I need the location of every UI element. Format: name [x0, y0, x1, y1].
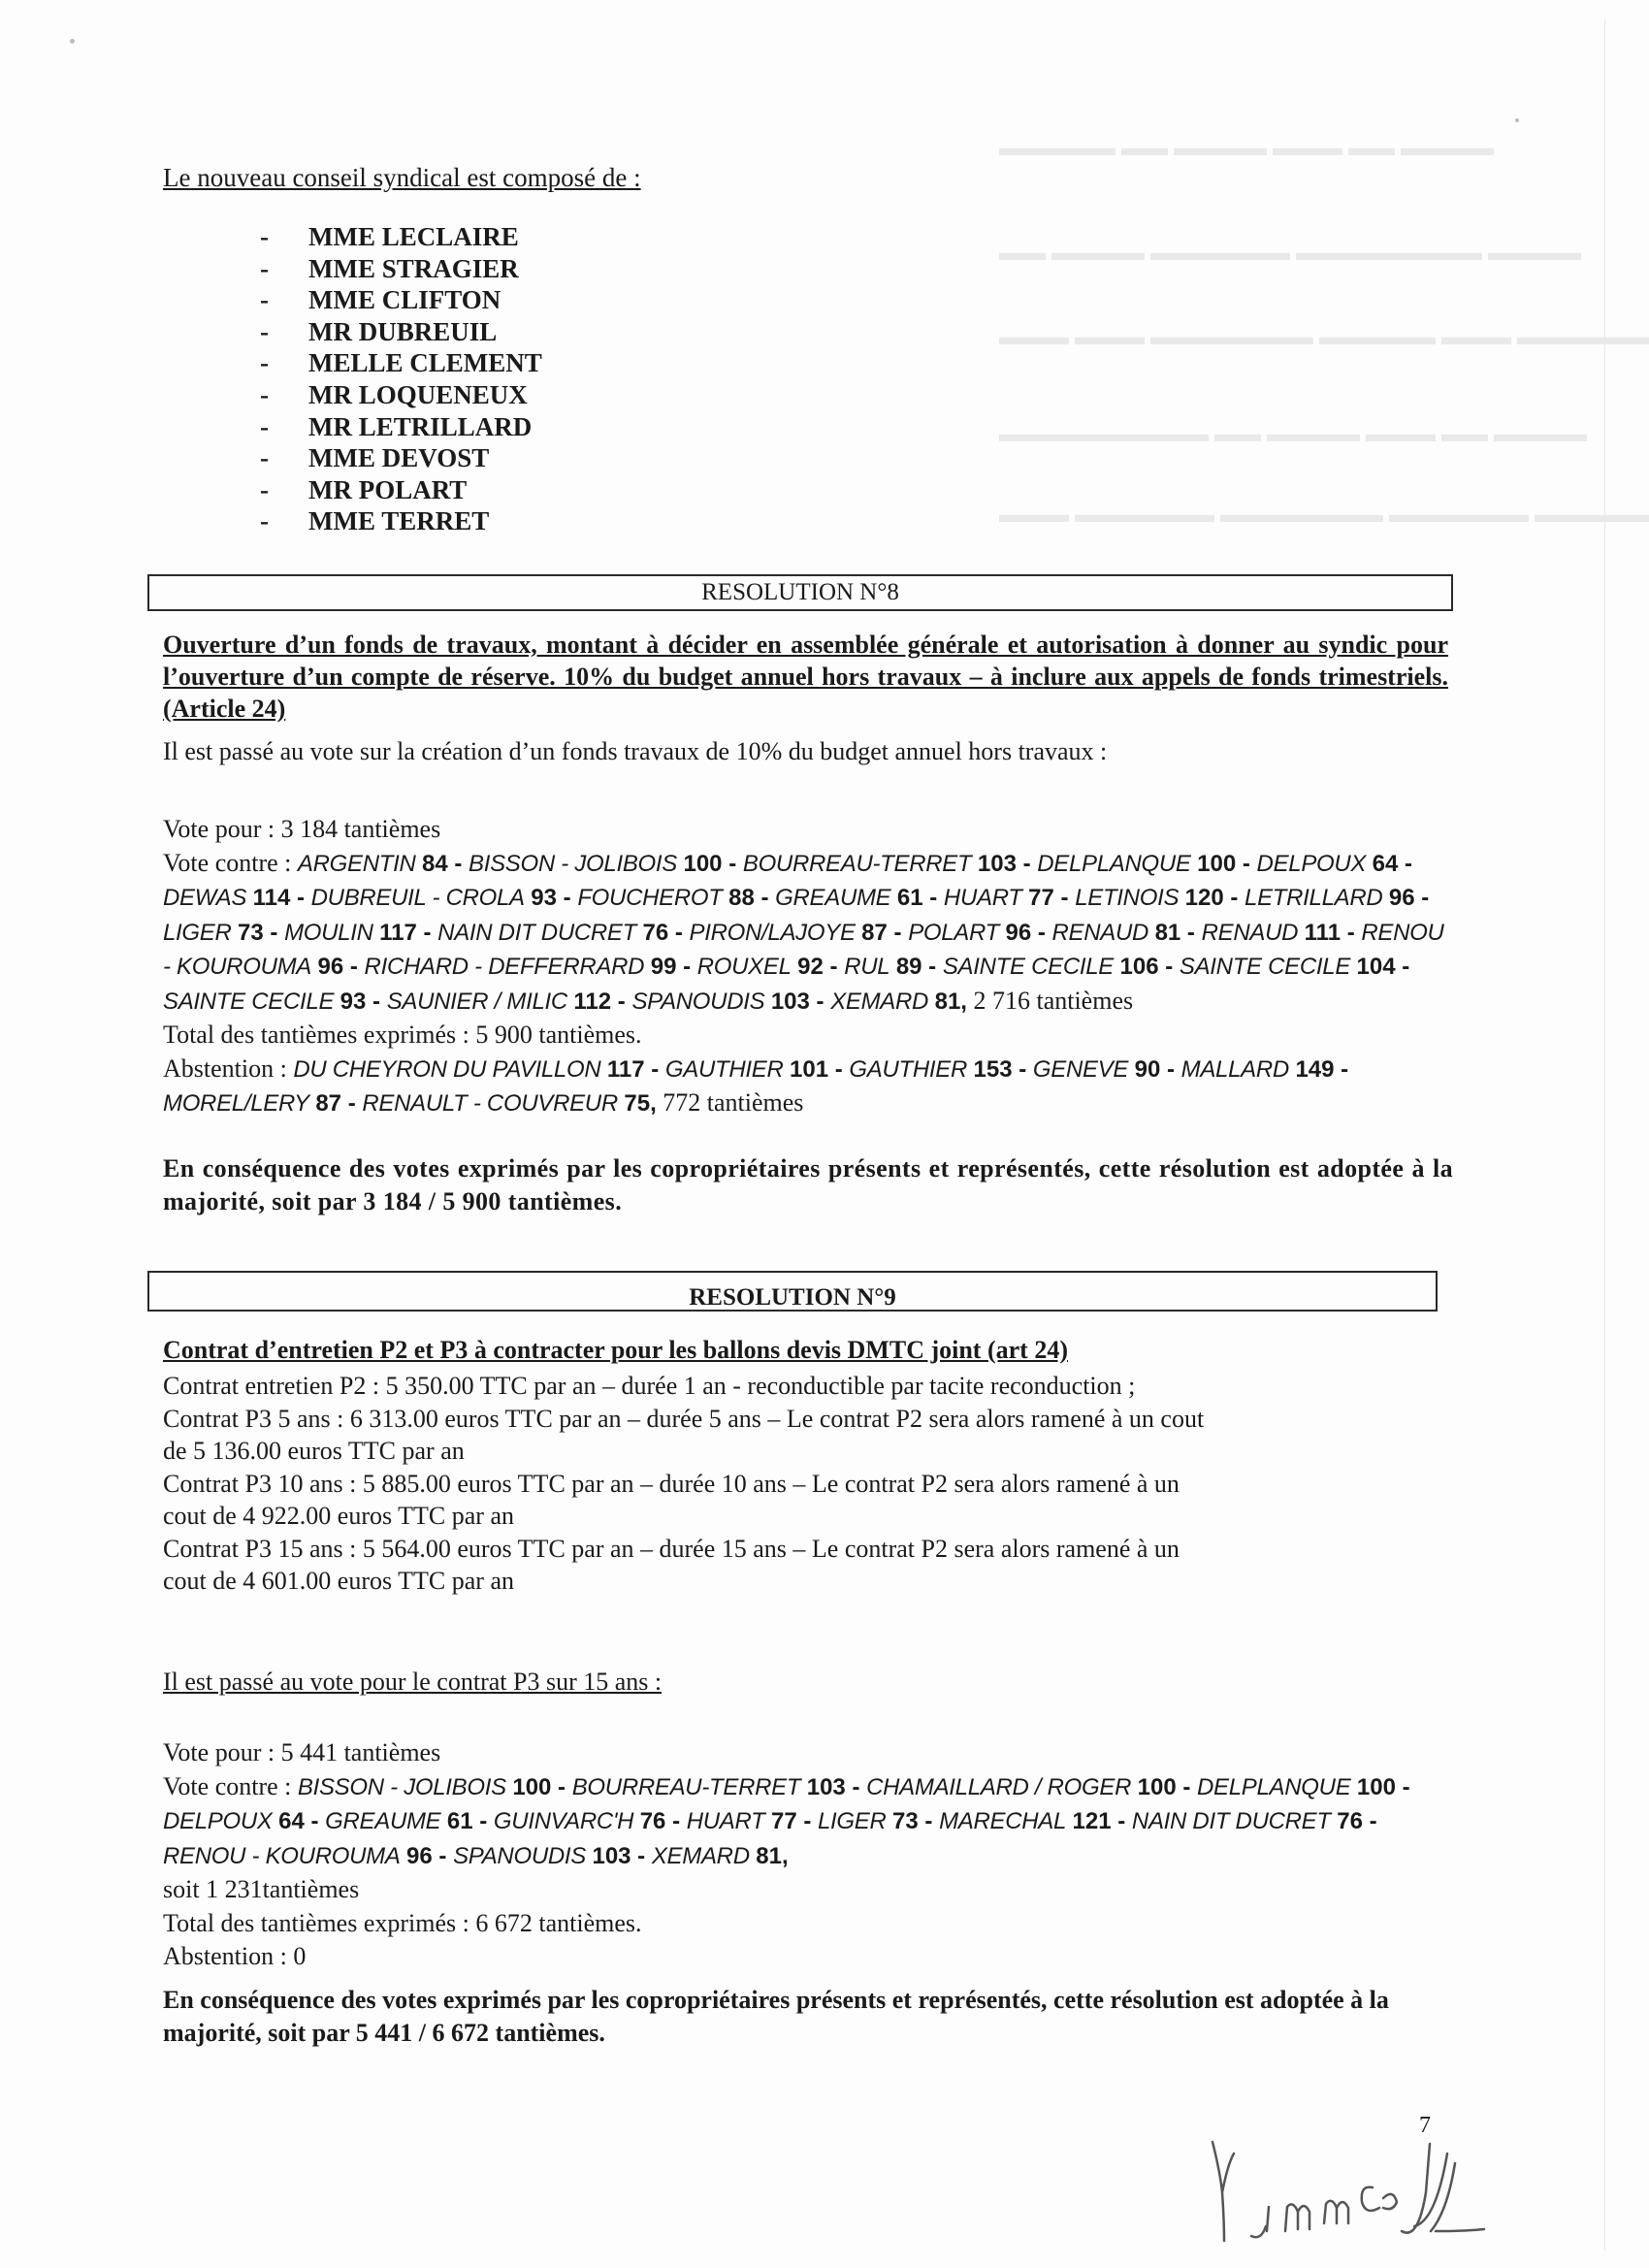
scan-mark — [1515, 118, 1519, 122]
bullet-dash: - — [260, 505, 269, 537]
resolution-8-heading: Ouverture d’un fonds de travaux, montant… — [163, 629, 1448, 725]
separator: - — [645, 1056, 665, 1083]
member-name: MR LOQUENEUX — [308, 379, 528, 411]
owner-tantiemes: 96 — [318, 954, 344, 980]
separator: - — [1396, 954, 1410, 980]
vote-total: 772 tantièmes — [657, 1088, 804, 1117]
separator: - — [341, 1090, 362, 1117]
bullet-dash: - — [260, 221, 269, 253]
owner-name: HUART — [944, 885, 1022, 911]
owner-tantiemes: 61 — [447, 1808, 473, 1834]
owner-tantiemes: 96 — [406, 1843, 433, 1869]
council-intro: Le nouveau conseil syndical est composé … — [163, 163, 641, 193]
member-name: MR DUBREUIL — [308, 316, 497, 348]
owner-name: LETRILLARD — [1245, 885, 1382, 911]
owner-tantiemes: 103 — [978, 851, 1017, 877]
separator: - — [668, 920, 689, 946]
owner-tantiemes: 87 — [861, 920, 888, 946]
separator: - — [1236, 851, 1256, 877]
owner-tantiemes: 100 — [1197, 851, 1236, 877]
separator: - — [846, 1774, 866, 1800]
separator: - — [1112, 1808, 1132, 1834]
vote-pour: Vote pour : 3 184 tantièmes — [163, 813, 1453, 847]
separator: , — [650, 1090, 657, 1117]
owner-name: XEMARD — [652, 1843, 750, 1869]
owner-tantiemes: 111 — [1305, 920, 1341, 946]
separator: - — [1334, 1056, 1348, 1083]
owner-tantiemes: 61 — [897, 885, 923, 911]
owner-name: MOREL/LERY — [163, 1090, 309, 1117]
separator: - — [665, 1808, 686, 1834]
owner-name: PIRON/LAJOYE — [690, 920, 856, 946]
owner-tantiemes: 73 — [238, 920, 264, 946]
separator: - — [828, 1056, 849, 1083]
separator: - — [1160, 1056, 1180, 1083]
owner-tantiemes: 103 — [771, 988, 810, 1015]
resolution-8-title-box: RESOLUTION N°8 — [147, 574, 1453, 611]
separator: - — [824, 954, 844, 980]
separator: - — [923, 885, 944, 911]
owner-name: SAINTE CECILE — [943, 954, 1114, 980]
bullet-dash: - — [260, 411, 269, 443]
owner-name: NAIN DIT DUCRET — [1132, 1808, 1331, 1834]
separator: - — [676, 954, 696, 980]
member-name: MME STRAGIER — [308, 253, 519, 285]
separator: - — [448, 851, 469, 877]
bullet-dash: - — [260, 284, 269, 316]
separator: - — [551, 1774, 571, 1800]
owner-name: RENAUD — [1202, 920, 1299, 946]
owner-name: GAUTHIER — [665, 1056, 784, 1083]
member-name: MME DEVOST — [308, 442, 489, 474]
resolution-9-conclusion: En conséquence des votes exprimés par le… — [163, 1984, 1453, 2050]
owner-tantiemes: 103 — [592, 1843, 630, 1869]
owner-tantiemes: 77 — [1028, 885, 1054, 911]
owner-name: XEMARD — [830, 988, 928, 1015]
vote-contre-total: soit 1 231tantièmes — [163, 1873, 1453, 1907]
separator: - — [1396, 1774, 1410, 1800]
owner-name: BISSON - JOLIBOIS — [469, 851, 677, 877]
bullet-dash: - — [260, 347, 269, 379]
owner-tantiemes: 96 — [1389, 885, 1415, 911]
owner-name: SAUNIER / MILIC — [387, 988, 567, 1015]
owner-name: CHAMAILLARD / ROGER — [866, 1774, 1131, 1800]
owner-name: SAINTE CECILE — [1180, 954, 1350, 980]
owner-name: DU CHEYRON DU PAVILLON — [293, 1056, 600, 1083]
separator: - — [723, 851, 743, 877]
separator: - — [305, 1808, 325, 1834]
owner-name: BOURREAU-TERRET — [572, 1774, 801, 1800]
separator: - — [755, 885, 775, 911]
contract-line: de 5 136.00 euros TTC par an — [163, 1435, 465, 1467]
owner-tantiemes: 117 — [607, 1056, 645, 1083]
resolution-8-title: RESOLUTION N°8 — [701, 579, 899, 605]
owner-name: RICHARD - DEFFERRARD — [365, 954, 645, 980]
owner-name: ARGENTIN — [298, 851, 416, 877]
bleed-through-text: ▬▬▬▬ ▬▬ ▬▬▬ ▬▬▬▬ ▬▬ ▬▬▬▬▬ — [999, 136, 1494, 162]
owner-tantiemes: 90 — [1135, 1056, 1161, 1083]
separator: - — [922, 954, 943, 980]
separator: - — [810, 988, 830, 1015]
owner-name: MALLARD — [1181, 1056, 1289, 1083]
owner-name: MOULIN — [284, 920, 373, 946]
owner-name: RUL — [844, 954, 889, 980]
owner-tantiemes: 101 — [790, 1056, 828, 1083]
owner-name: RENOU - KOUROUMA — [163, 1843, 401, 1869]
separator: - — [1031, 920, 1051, 946]
bleed-through-text: ▬▬▬▬ ▬▬ ▬▬▬ ▬▬▬▬ ▬▬ ▬▬▬▬▬▬▬▬▬ — [999, 422, 1587, 448]
owner-tantiemes: 149 — [1295, 1056, 1334, 1083]
owner-name: SPANOUDIS — [453, 1843, 586, 1869]
separator: - — [264, 920, 284, 946]
owner-name: GAUTHIER — [849, 1056, 967, 1083]
owner-name: SPANOUDIS — [631, 988, 764, 1015]
total-exprimes: Total des tantièmes exprimés : 6 672 tan… — [163, 1907, 1453, 1941]
separator: , — [960, 988, 967, 1015]
owner-name: NAIN DIT DUCRET — [437, 920, 636, 946]
owner-tantiemes: 77 — [771, 1808, 797, 1834]
owner-name: MARECHAL — [939, 1808, 1066, 1834]
owner-name: DEWAS — [163, 885, 246, 911]
vote-label: Vote contre : — [163, 1772, 298, 1800]
separator: - — [1017, 851, 1037, 877]
vote-pour: Vote pour : 5 441 tantièmes — [163, 1736, 1453, 1770]
separator: - — [1224, 885, 1245, 911]
separator: - — [1363, 1808, 1377, 1834]
owner-name: LIGER — [163, 920, 232, 946]
abstention: Abstention : 0 — [163, 1940, 1453, 1974]
owner-tantiemes: 103 — [807, 1774, 846, 1800]
bullet-dash: - — [260, 253, 269, 285]
owner-tantiemes: 93 — [340, 988, 367, 1015]
scan-mark — [70, 39, 75, 44]
owner-tantiemes: 84 — [422, 851, 448, 877]
member-name: MR LETRILLARD — [308, 411, 532, 443]
bleed-through-text: ▬▬▬▬▬▬ ▬▬▬▬▬▬ ▬▬▬▬▬▬▬ ▬▬▬▬▬▬ ▬▬▬ — [999, 502, 1649, 529]
member-name: MME CLIFTON — [308, 284, 501, 316]
owner-tantiemes: 117 — [379, 920, 417, 946]
vote-label: Abstention : — [163, 1054, 293, 1083]
owner-name: RENAULT - COUVREUR — [362, 1090, 618, 1117]
owner-name: HUART — [687, 1808, 765, 1834]
owner-tantiemes: 153 — [974, 1056, 1013, 1083]
owner-name: LIGER — [818, 1808, 887, 1834]
owner-name: RENAUD — [1052, 920, 1149, 946]
total-exprimes: Total des tantièmes exprimés : 5 900 tan… — [163, 1019, 1453, 1053]
owner-tantiemes: 81 — [935, 988, 961, 1015]
resolution-8-conclusion: En conséquence des votes exprimés par le… — [163, 1152, 1453, 1218]
owner-tantiemes: 100 — [683, 851, 722, 877]
separator: - — [1177, 1774, 1197, 1800]
owner-name: DELPOUX — [163, 1808, 273, 1834]
owner-tantiemes: 114 — [253, 885, 291, 911]
owner-name: BOURREAU-TERRET — [743, 851, 972, 877]
owner-tantiemes: 87 — [315, 1090, 341, 1117]
owner-tantiemes: 73 — [892, 1808, 919, 1834]
owner-tantiemes: 89 — [896, 954, 922, 980]
owner-name: DUBREUIL - CROLA — [311, 885, 525, 911]
contract-line: Contrat P3 5 ans : 6 313.00 euros TTC pa… — [163, 1403, 1204, 1435]
owner-tantiemes: 112 — [573, 988, 611, 1015]
owner-name: ROUXEL — [697, 954, 792, 980]
resolution-9-votes: Vote pour : 5 441 tantièmes Vote contre … — [163, 1736, 1453, 1974]
separator: - — [433, 1843, 453, 1869]
separator: - — [631, 1843, 652, 1869]
separator: - — [888, 920, 908, 946]
owner-name: DELPLANQUE — [1037, 851, 1190, 877]
contract-line: Contrat P3 10 ans : 5 885.00 euros TTC p… — [163, 1468, 1180, 1500]
owner-tantiemes: 81 — [1155, 920, 1181, 946]
resolution-9-vote-intro: Il est passé au vote pour le contrat P3 … — [163, 1666, 662, 1698]
separator: - — [343, 954, 364, 980]
handwritten-initials-signature — [1193, 2134, 1562, 2251]
member-name: MR POLART — [308, 474, 467, 506]
contract-line: Contrat P3 15 ans : 5 564.00 euros TTC p… — [163, 1533, 1180, 1565]
separator: - — [611, 988, 631, 1015]
resolution-8-vote-intro: Il est passé au vote sur la création d’u… — [163, 735, 1107, 767]
owner-tantiemes: 64 — [1373, 851, 1399, 877]
owner-tantiemes: 76 — [640, 1808, 666, 1834]
bleed-through-text: ▬▬ ▬▬▬▬▬▬▬▬▬ ▬▬▬ ▬▬▬▬▬ ▬▬▬▬▬▬▬ ▬▬▬ ▬▬▬ — [999, 325, 1649, 351]
owner-tantiemes: 75 — [624, 1090, 650, 1117]
bullet-dash: - — [260, 316, 269, 348]
resolution-8-votes: Vote pour : 3 184 tantièmes Vote contre … — [163, 813, 1453, 1121]
separator: - — [366, 988, 386, 1015]
resolution-9-title-box: RESOLUTION N°9 — [147, 1271, 1438, 1312]
bullet-dash: - — [260, 379, 269, 411]
owner-tantiemes: 100 — [1138, 1774, 1177, 1800]
vote-total: 2 716 tantièmes — [967, 987, 1133, 1015]
separator: - — [1013, 1056, 1033, 1083]
vote-contre-list: Vote contre : ARGENTIN 84 - BISSON - JOL… — [163, 847, 1453, 1020]
separator: - — [919, 1808, 939, 1834]
contract-line: cout de 4 601.00 euros TTC par an — [163, 1565, 514, 1597]
vote-contre-list: Vote contre : BISSON - JOLIBOIS 100 - BO… — [163, 1770, 1453, 1874]
owner-name: GREAUME — [775, 885, 890, 911]
owner-tantiemes: 88 — [728, 885, 755, 911]
contract-line: cout de 4 922.00 euros TTC par an — [163, 1500, 514, 1532]
owner-name: POLART — [908, 920, 999, 946]
member-name: MELLE CLEMENT — [308, 347, 542, 379]
owner-name: BISSON - JOLIBOIS — [298, 1774, 506, 1800]
member-name: MME LECLAIRE — [308, 221, 519, 253]
owner-tantiemes: 76 — [1337, 1808, 1363, 1834]
abstention-list: Abstention : DU CHEYRON DU PAVILLON 117 … — [163, 1053, 1453, 1121]
separator: - — [1054, 885, 1075, 911]
separator: - — [797, 1808, 818, 1834]
owner-tantiemes: 64 — [278, 1808, 305, 1834]
owner-tantiemes: 100 — [1357, 1774, 1396, 1800]
separator: - — [417, 920, 437, 946]
owner-tantiemes: 100 — [512, 1774, 551, 1800]
resolution-9-title: RESOLUTION N°9 — [689, 1284, 896, 1311]
contract-line: Contrat entretien P2 : 5 350.00 TTC par … — [163, 1370, 1135, 1402]
member-name: MME TERRET — [308, 505, 489, 537]
owner-tantiemes: 93 — [531, 885, 557, 911]
separator: - — [1180, 920, 1201, 946]
owner-name: LETINOIS — [1075, 885, 1179, 911]
separator: - — [1398, 851, 1412, 877]
owner-tantiemes: 121 — [1073, 1808, 1112, 1834]
separator: - — [1341, 920, 1361, 946]
separator: - — [557, 885, 577, 911]
owner-name: SAINTE CECILE — [163, 988, 334, 1015]
owner-tantiemes: 76 — [643, 920, 669, 946]
owner-name: DELPOUX — [1257, 851, 1367, 877]
bleed-through-text: ▬▬▬▬ ▬▬▬▬▬▬▬▬ ▬▬▬▬▬▬ ▬▬▬▬ ▬▬ — [999, 241, 1581, 267]
separator: - — [1415, 885, 1430, 911]
separator: - — [1159, 954, 1180, 980]
scan-edge-line — [1604, 19, 1605, 2251]
owner-name: GENEVE — [1033, 1056, 1128, 1083]
owner-name: GUINVARC'H — [494, 1808, 633, 1834]
document-page: ▬▬▬▬ ▬▬ ▬▬▬ ▬▬▬▬ ▬▬ ▬▬▬▬▬ ▬▬▬▬ ▬▬▬▬▬▬▬▬ … — [0, 0, 1649, 2268]
resolution-9-heading: Contrat d’entretien P2 et P3 à contracte… — [163, 1334, 1068, 1366]
owner-tantiemes: 120 — [1185, 885, 1224, 911]
separator: - — [290, 885, 310, 911]
separator: , — [782, 1843, 789, 1869]
bullet-dash: - — [260, 474, 269, 506]
vote-label: Vote contre : — [163, 849, 298, 877]
owner-tantiemes: 104 — [1357, 954, 1396, 980]
owner-name: FOUCHEROT — [577, 885, 722, 911]
owner-tantiemes: 99 — [651, 954, 677, 980]
separator: - — [473, 1808, 494, 1834]
bullet-dash: - — [260, 442, 269, 474]
owner-tantiemes: 106 — [1120, 954, 1159, 980]
owner-tantiemes: 96 — [1005, 920, 1031, 946]
owner-tantiemes: 81 — [756, 1843, 782, 1869]
owner-name: GREAUME — [325, 1808, 440, 1834]
owner-name: DELPLANQUE — [1197, 1774, 1350, 1800]
owner-tantiemes: 92 — [797, 954, 824, 980]
